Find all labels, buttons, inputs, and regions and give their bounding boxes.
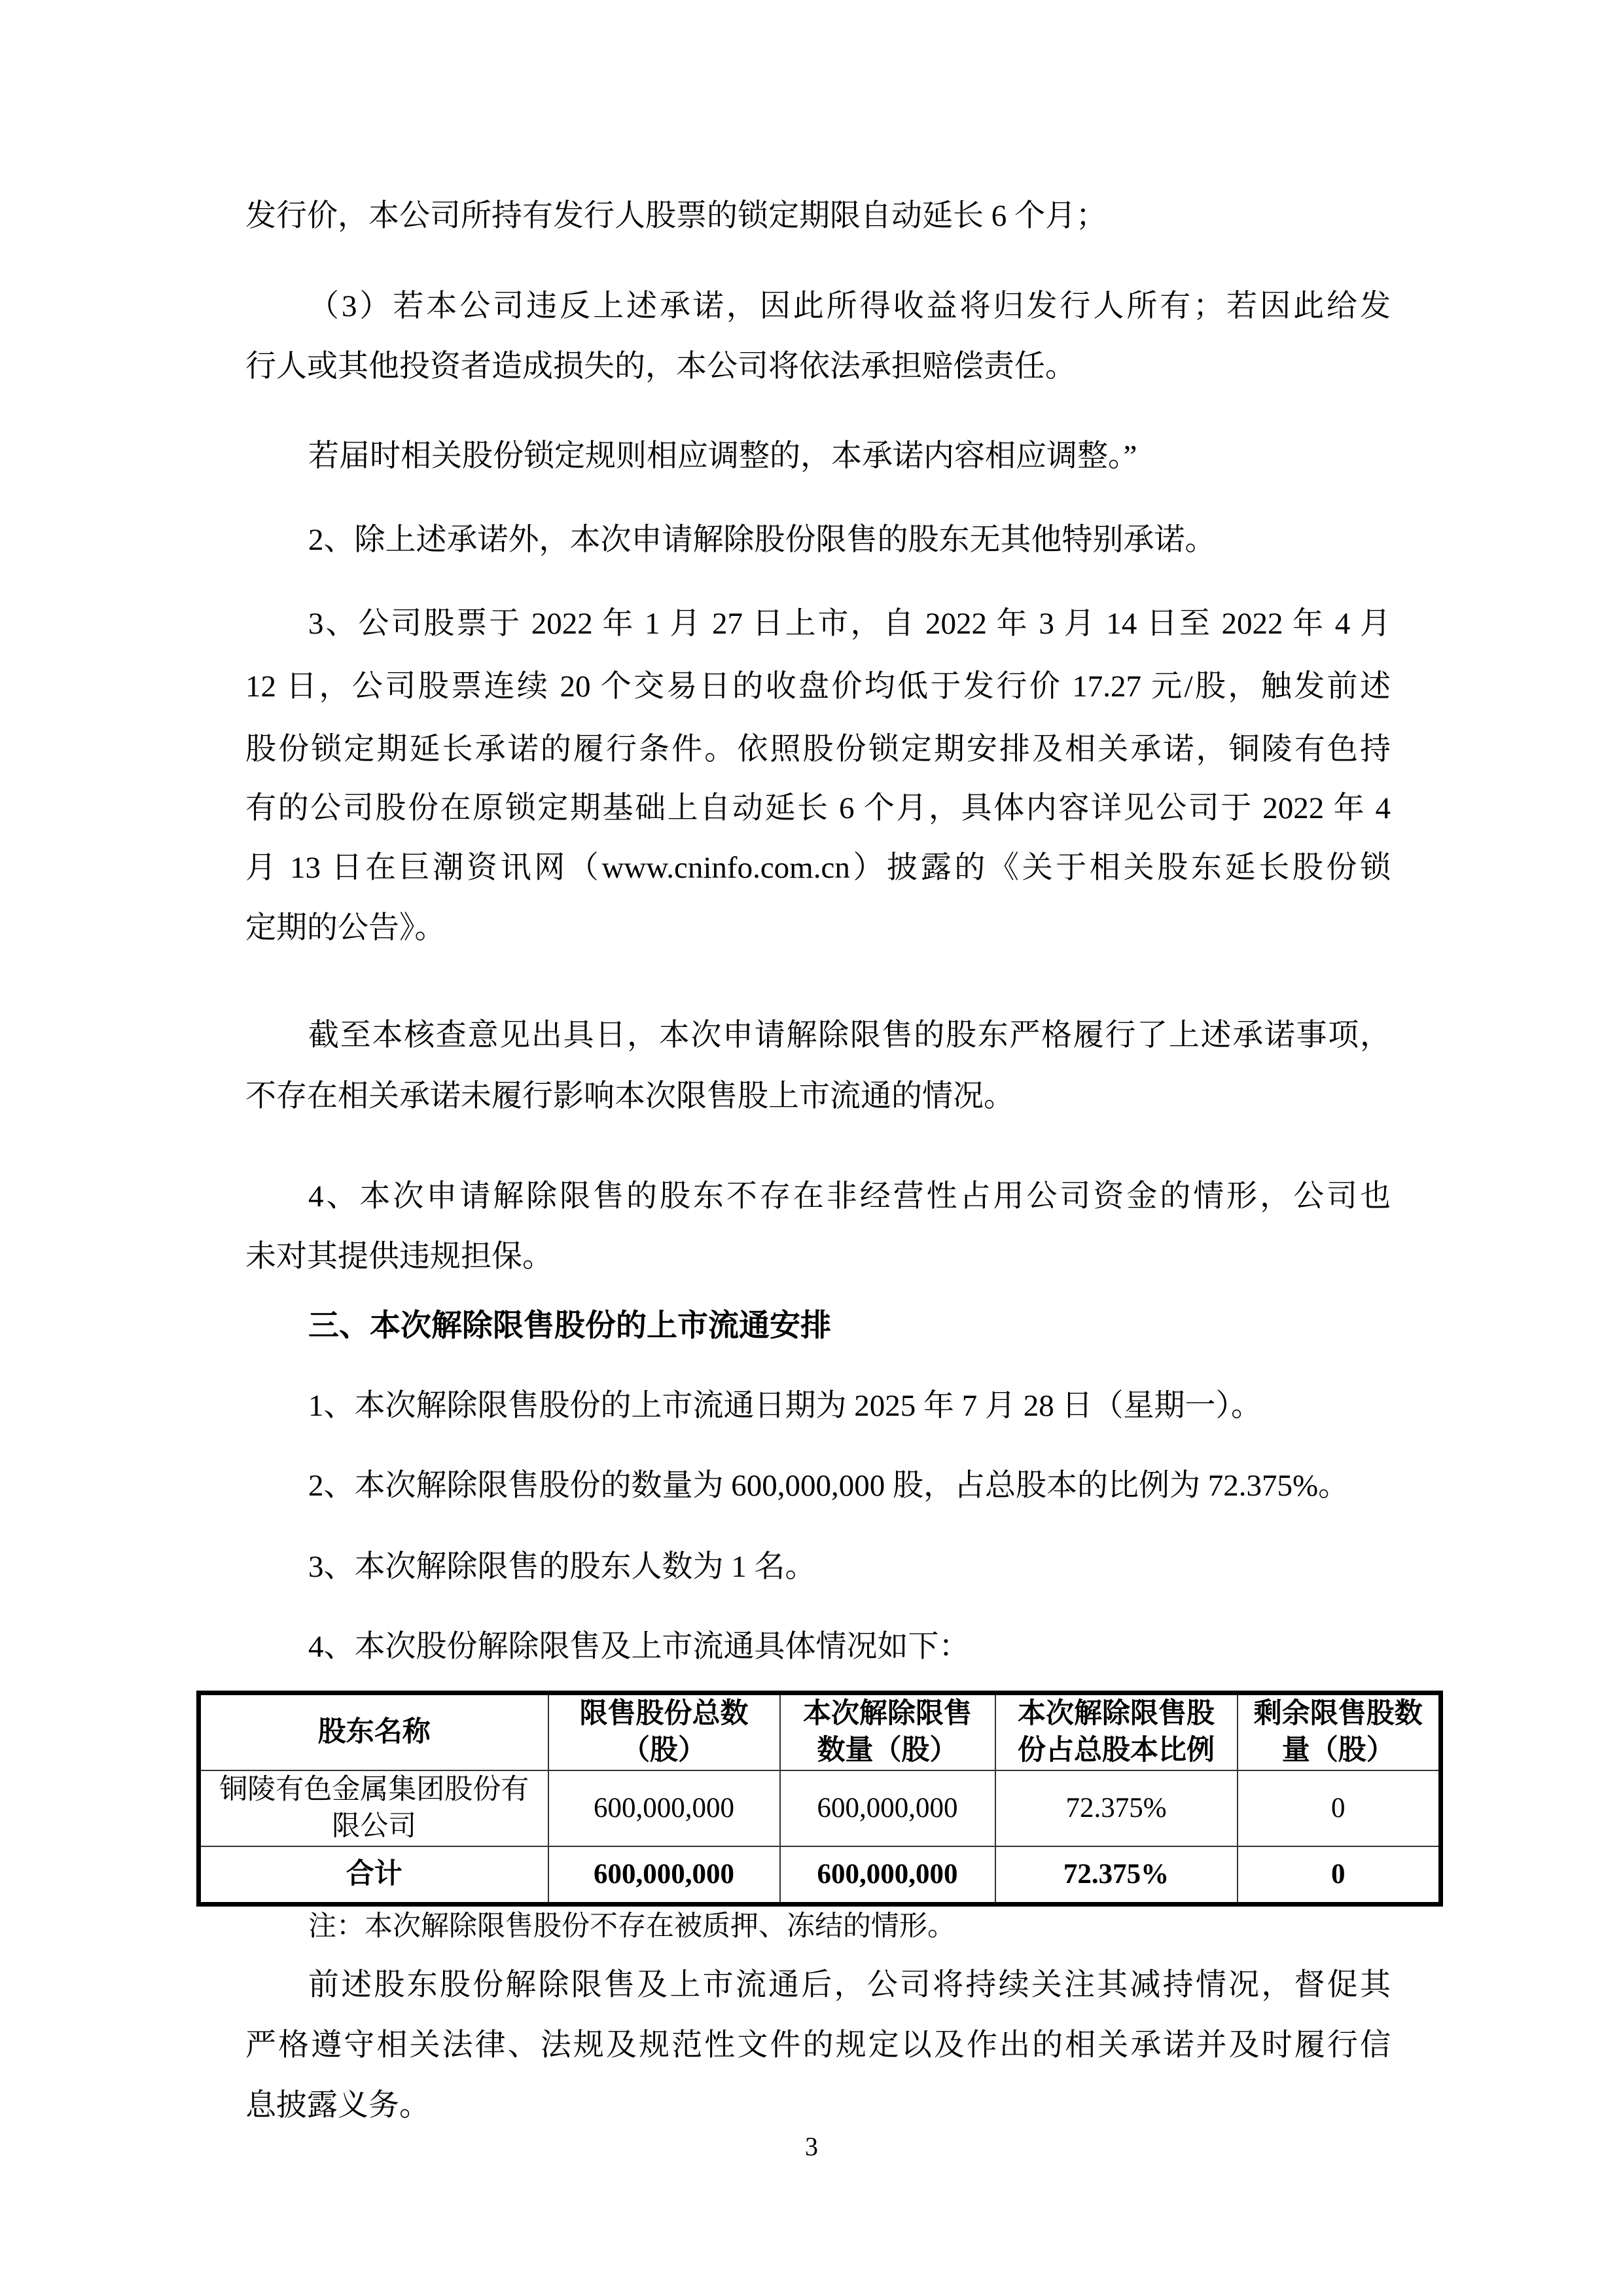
paragraph-line: 行人或其他投资者造成损失的，本公司将依法承担赔偿责任。 [245, 347, 1391, 386]
paragraph-line: 12 日，公司股票连续 20 个交易日的收盘价均低于发行价 17.27 元/股，… [245, 667, 1391, 706]
page-number: 3 [0, 2130, 1623, 2163]
paragraph-line: 3、公司股票于 2022 年 1 月 27 日上市，自 2022 年 3 月 1… [308, 604, 1391, 643]
document-page: 发行价，本公司所持有发行人股票的锁定期限自动延长 6 个月； （3）若本公司违反… [0, 0, 1623, 2296]
paragraph-line: 有的公司股份在原锁定期基础上自动延长 6 个月，具体内容详见公司于 2022 年… [245, 789, 1391, 828]
paragraph-line: 未对其提供违规担保。 [245, 1237, 1391, 1276]
paragraph-line: 严格遵守相关法律、法规及规范性文件的规定以及作出的相关承诺并及时履行信 [245, 2026, 1391, 2065]
paragraph-line: 发行价，本公司所持有发行人股票的锁定期限自动延长 6 个月； [245, 196, 1391, 236]
cell-remaining-restricted: 0 [1238, 1770, 1441, 1846]
header-released-quantity: 本次解除限售 数量（股） [780, 1693, 995, 1771]
section-item: 4、本次股份解除限售及上市流通具体情况如下： [308, 1627, 1391, 1666]
paragraph-line: 2、除上述承诺外，本次申请解除股份限售的股东无其他特别承诺。 [308, 520, 1391, 560]
cell-total-ratio: 72.375% [995, 1846, 1238, 1905]
paragraph-line: 不存在相关承诺未履行影响本次限售股上市流通的情况。 [245, 1077, 1391, 1116]
section-item: 1、本次解除限售股份的上市流通日期为 2025 年 7 月 28 日（星期一）。 [308, 1386, 1391, 1426]
table-header-row: 股东名称 限售股份总数 （股） 本次解除限售 数量（股） 本次解除限售股 份占总… [199, 1693, 1441, 1771]
table-row: 铜陵有色金属集团股份有 限公司 600,000,000 600,000,000 … [199, 1770, 1441, 1846]
header-restricted-total: 限售股份总数 （股） [548, 1693, 780, 1771]
cell-released-ratio: 72.375% [995, 1770, 1238, 1846]
table-note: 注：本次解除限售股份不存在被质押、冻结的情形。 [308, 1909, 955, 1945]
table-total-row: 合计 600,000,000 600,000,000 72.375% 0 [199, 1846, 1441, 1905]
cell-total-released: 600,000,000 [780, 1846, 995, 1905]
cell-shareholder-name: 铜陵有色金属集团股份有 限公司 [199, 1770, 548, 1846]
paragraph-line: 月 13 日在巨潮资讯网（www.cninfo.com.cn）披露的《关于相关股… [245, 848, 1391, 888]
paragraph-line: 截至本核查意见出具日，本次申请解除限售的股东严格履行了上述承诺事项， [308, 1016, 1391, 1055]
paragraph-line: 前述股东股份解除限售及上市流通后，公司将持续关注其减持情况，督促其 [308, 1965, 1391, 2005]
cell-total-restricted: 600,000,000 [548, 1846, 780, 1905]
cell-total-label: 合计 [199, 1846, 548, 1905]
section-heading: 三、本次解除限售股份的上市流通安排 [308, 1306, 1391, 1346]
section-item: 2、本次解除限售股份的数量为 600,000,000 股，占总股本的比例为 72… [308, 1466, 1391, 1505]
cell-restricted-total: 600,000,000 [548, 1770, 780, 1846]
header-released-ratio: 本次解除限售股 份占总股本比例 [995, 1693, 1238, 1771]
cell-released-quantity: 600,000,000 [780, 1770, 995, 1846]
paragraph-line: 4、本次申请解除限售的股东不存在非经营性占用公司资金的情形，公司也 [308, 1177, 1391, 1216]
header-remaining-restricted: 剩余限售股数 量（股） [1238, 1693, 1441, 1771]
header-shareholder-name: 股东名称 [199, 1693, 548, 1771]
paragraph-line: （3）若本公司违反上述承诺，因此所得收益将归发行人所有；若因此给发 [308, 287, 1391, 326]
paragraph-line: 息披露义务。 [245, 2086, 1391, 2125]
cell-total-remaining: 0 [1238, 1846, 1441, 1905]
paragraph-line: 定期的公告》。 [245, 908, 1391, 948]
paragraph-line: 股份锁定期延长承诺的履行条件。依照股份锁定期安排及相关承诺，铜陵有色持 [245, 730, 1391, 769]
share-release-table: 股东名称 限售股份总数 （股） 本次解除限售 数量（股） 本次解除限售股 份占总… [196, 1691, 1443, 1907]
section-item: 3、本次解除限售的股东人数为 1 名。 [308, 1547, 1391, 1587]
paragraph-line: 若届时相关股份锁定规则相应调整的，本承诺内容相应调整。” [308, 437, 1391, 476]
